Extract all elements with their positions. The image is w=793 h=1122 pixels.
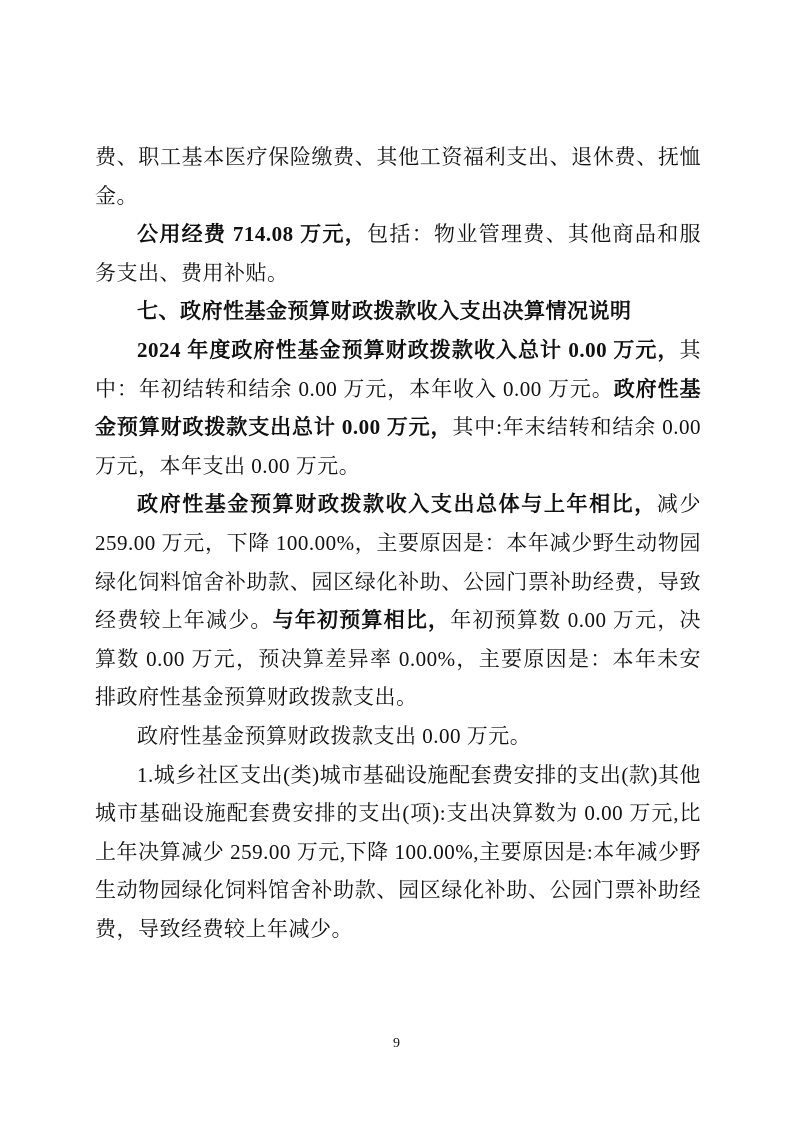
paragraph-text: 政府性基金预算财政拨款支出 0.00 万元。: [137, 724, 531, 748]
paragraph-text: 费、职工基本医疗保险缴费、其他工资福利支出、退休费、抚恤金。: [95, 145, 701, 208]
paragraph-fund-comparison: 政府性基金预算财政拨款收入支出总体与上年相比，减少 259.00 万元，下降 1…: [95, 485, 701, 717]
paragraph-text-bold: 与年初预算相比，: [273, 608, 451, 632]
paragraph-public-funds: 公用经费 714.08 万元，包括：物业管理费、其他商品和服务支出、费用补贴。: [95, 215, 701, 292]
document-page: 费、职工基本医疗保险缴费、其他工资福利支出、退休费、抚恤金。 公用经费 714.…: [0, 0, 793, 1122]
document-body: 费、职工基本医疗保险缴费、其他工资福利支出、退休费、抚恤金。 公用经费 714.…: [95, 138, 701, 948]
paragraph-welfare-expense-continuation: 费、职工基本医疗保险缴费、其他工资福利支出、退休费、抚恤金。: [95, 138, 701, 215]
paragraph-text-bold: 2024 年度政府性基金预算财政拨款收入总计 0.00 万元，: [137, 338, 680, 362]
paragraph-fund-income-expenditure-totals: 2024 年度政府性基金预算财政拨款收入总计 0.00 万元，其中：年初结转和结…: [95, 331, 701, 485]
page-number: 9: [0, 1036, 793, 1052]
paragraph-text-bold: 公用经费 714.08 万元，: [137, 222, 367, 246]
paragraph-fund-expenditure-total: 政府性基金预算财政拨款支出 0.00 万元。: [95, 717, 701, 756]
paragraph-item-1-urban-community: 1.城乡社区支出(类)城市基础设施配套费安排的支出(款)其他城市基础设施配套费安…: [95, 756, 701, 949]
paragraph-text-bold: 政府性基金预算财政拨款收入支出总体与上年相比，: [137, 492, 657, 516]
section-7-heading: 七、政府性基金预算财政拨款收入支出决算情况说明: [95, 292, 701, 331]
heading-text: 七、政府性基金预算财政拨款收入支出决算情况说明: [137, 299, 632, 323]
paragraph-text: 1.城乡社区支出(类)城市基础设施配套费安排的支出(款)其他城市基础设施配套费安…: [95, 763, 701, 941]
